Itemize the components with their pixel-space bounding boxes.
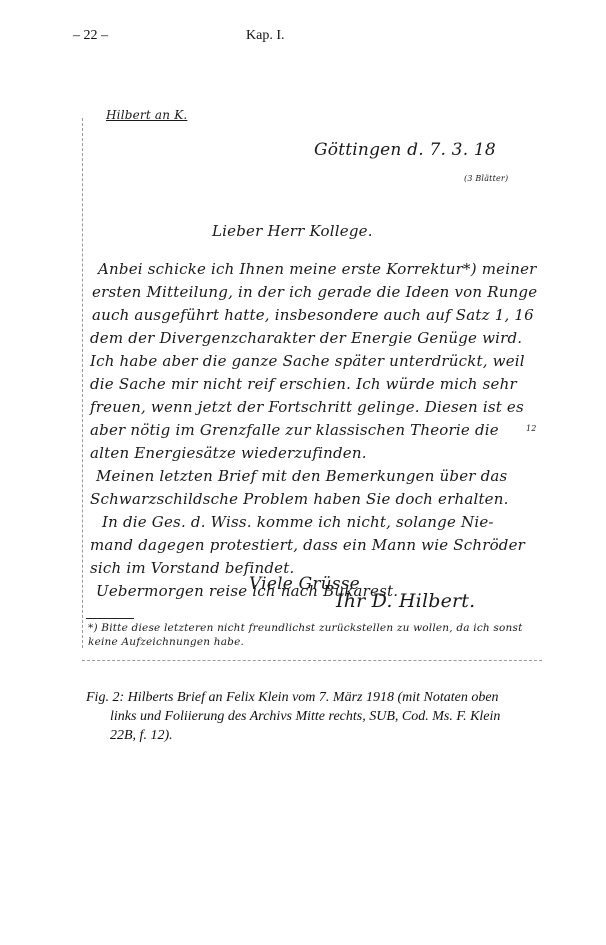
letter-line: Meinen letzten Brief mit den Bemerkungen… <box>96 467 507 485</box>
footnote-rule <box>86 618 134 619</box>
letter-line: Schwarzschildsche Problem haben Sie doch… <box>90 490 509 508</box>
letter-line: Anbei schicke ich Ihnen meine erste Korr… <box>98 260 537 278</box>
letter-line: mand dagegen protestiert, dass ein Mann … <box>90 536 525 554</box>
caption-line: links und Foliierung des Archivs Mitte r… <box>86 707 546 726</box>
superscript-note: (3 Blätter) <box>464 174 508 183</box>
archive-folio-mark: 12 <box>526 424 537 433</box>
letter-line: auch ausgeführt hatte, insbesondere auch… <box>92 306 534 324</box>
figure-caption: Fig. 2: Hilberts Brief an Felix Klein vo… <box>86 688 546 745</box>
letter-footnote-line: keine Aufzeichnungen habe. <box>88 636 244 648</box>
letter-line: In die Ges. d. Wiss. komme ich nicht, so… <box>102 513 494 531</box>
letter-signature: Ihr D. Hilbert. <box>336 590 475 612</box>
letter-dateline: Göttingen d. 7. 3. 18 <box>314 140 496 160</box>
scan-edge-bottom <box>82 660 542 662</box>
scan-edge-left <box>82 118 84 648</box>
letter-line: freuen, wenn jetzt der Fortschritt gelin… <box>90 398 524 416</box>
letter-line: die Sache mir nicht reif erschien. Ich w… <box>90 375 517 393</box>
letter-salutation: Lieber Herr Kollege. <box>212 222 373 240</box>
letter-line: aber nötig im Grenzfalle zur klassischen… <box>90 421 499 439</box>
caption-line: Fig. 2: Hilberts Brief an Felix Klein vo… <box>86 688 546 707</box>
letter-facsimile: Hilbert an K. Göttingen d. 7. 3. 18 Lieb… <box>84 78 540 664</box>
archive-annotation: Hilbert an K. <box>106 108 187 122</box>
caption-line: 22B, f. 12). <box>86 726 546 745</box>
letter-line: Ich habe aber die ganze Sache später unt… <box>90 352 525 370</box>
running-header: – 22 – Kap. I. <box>0 28 606 48</box>
page-number: – 22 – <box>73 28 108 44</box>
letter-footnote-line: *) Bitte diese letzteren nicht freundlic… <box>88 622 522 634</box>
letter-line: alten Energiesätze wiederzufinden. <box>90 444 367 462</box>
letter-line: dem der Divergenzcharakter der Energie G… <box>90 329 522 347</box>
chapter-title: Kap. I. <box>246 28 285 44</box>
letter-line: ersten Mitteilung, in der ich gerade die… <box>92 283 537 301</box>
